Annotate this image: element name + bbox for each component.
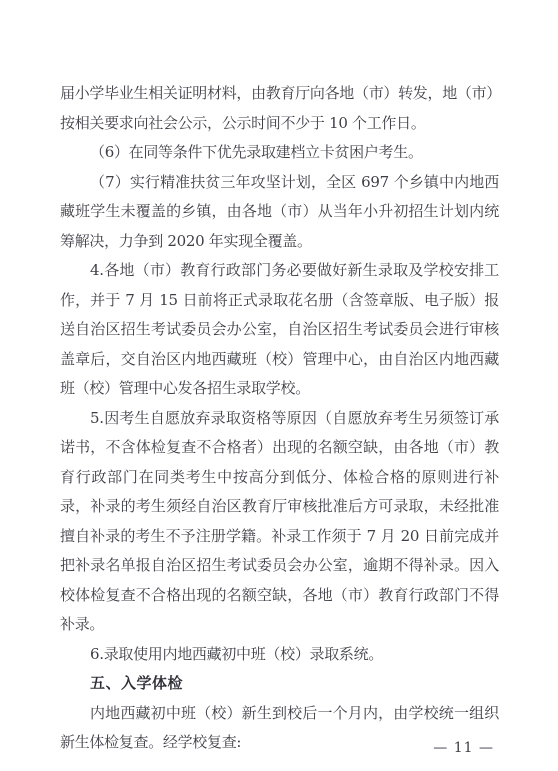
section-heading: 五、入学体检 [60,669,499,699]
text-line: 补录。 [60,610,499,640]
document-page: 届小学毕业生相关证明材料，由教育厅向各地（市）转发，地（市）按相关要求向社会公示… [0,0,558,771]
text-line: 班（校）管理中心发各招生录取学校。 [60,374,499,404]
text-line: （6）在同等条件下优先录取建档立卡贫困户考生。 [60,138,499,168]
text-line: 届小学毕业生相关证明材料，由教育厅向各地（市）转发，地（市） [60,79,499,109]
text-line: 送自治区招生考试委员会办公室，自治区招生考试委员会进行审核 [60,315,499,345]
text-line: 按相关要求向社会公示，公示时间不少于 10 个工作日。 [60,109,499,139]
text-line: 藏班学生未覆盖的乡镇，由各地（市）从当年小升初招生计划内统 [60,197,499,227]
text-line: 4.各地（市）教育行政部门务必要做好新生录取及学校安排工 [60,256,499,286]
text-line: 录，补录的考生须经自治区教育厅审核批准后方可录取，未经批准 [60,492,499,522]
text-line: 育行政部门在同类考生中按高分到低分、体检合格的原则进行补 [60,463,499,493]
text-line: 把补录名单报自治区招生考试委员会办公室，逾期不得补录。因入 [60,551,499,581]
text-line: 擅自补录的考生不予注册学籍。补录工作须于 7 月 20 日前完成并 [60,522,499,552]
text-line: 盖章后，交自治区内地西藏班（校）管理中心，由自治区内地西藏 [60,345,499,375]
text-line: 作，并于 7 月 15 日前将正式录取花名册（含签章版、电子版）报 [60,286,499,316]
document-body: 届小学毕业生相关证明材料，由教育厅向各地（市）转发，地（市）按相关要求向社会公示… [60,79,499,758]
page-number: — 11 — [433,740,494,756]
text-line: 5.因考生自愿放弃录取资格等原因（自愿放弃考生另须签订承 [60,404,499,434]
text-line: 诺书，不含体检复查不合格者）出现的名额空缺，由各地（市）教 [60,433,499,463]
text-line: 筹解决，力争到 2020 年实现全覆盖。 [60,227,499,257]
text-line: 6.录取使用内地西藏初中班（校）录取系统。 [60,640,499,670]
text-line: （7）实行精准扶贫三年攻坚计划，全区 697 个乡镇中内地西 [60,168,499,198]
text-line: 校体检复查不合格出现的名额空缺，各地（市）教育行政部门不得 [60,581,499,611]
text-line: 内地西藏初中班（校）新生到校后一个月内，由学校统一组织 [60,699,499,729]
